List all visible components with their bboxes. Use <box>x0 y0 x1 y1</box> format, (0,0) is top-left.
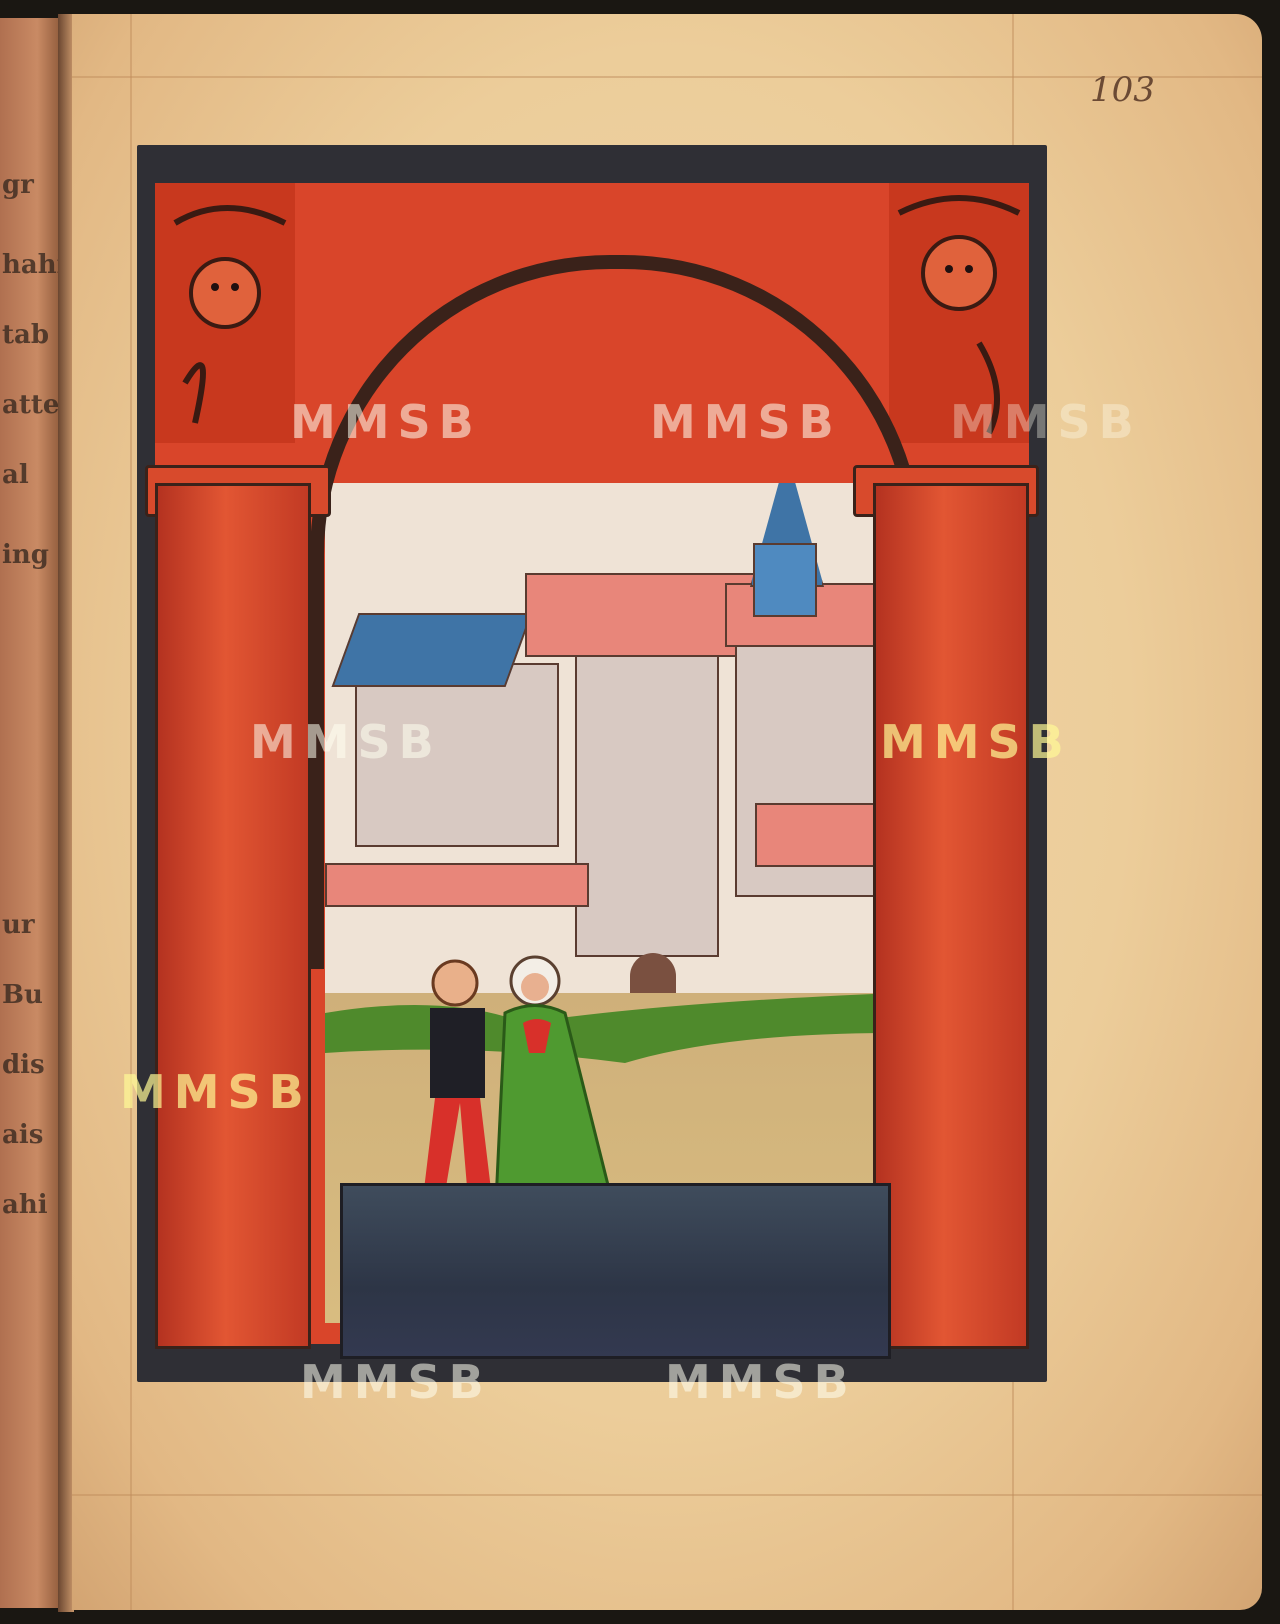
left-column <box>155 483 311 1349</box>
facing-text-line: ahi <box>2 1188 58 1222</box>
watermark: MMSB <box>290 395 482 449</box>
ruling-line <box>72 1494 1262 1496</box>
left-spandrel <box>155 183 295 443</box>
manuscript-scan: gr hahi tab atter al ing ur Bu dis ais a… <box>0 0 1280 1624</box>
grotesque-head-icon <box>155 183 295 443</box>
facing-text-line: ur <box>2 908 58 942</box>
watermark: MMSB <box>250 715 442 769</box>
ruling-line <box>130 14 132 1610</box>
facing-page-edge: gr hahi tab atter al ing ur Bu dis ais a… <box>0 18 62 1608</box>
stone-step <box>340 1183 891 1359</box>
right-column <box>873 483 1029 1349</box>
arch-molding <box>310 255 923 969</box>
watermark: MMSB <box>300 1355 492 1409</box>
facing-text-line: dis <box>2 1048 58 1082</box>
facing-text-line: gr <box>2 168 58 202</box>
facing-text-line: Bu <box>2 978 58 1012</box>
watermark: MMSB <box>120 1065 312 1119</box>
watermark: MMSB <box>950 395 1142 449</box>
facing-text-line: hahi <box>2 248 58 282</box>
facing-text-line: ais <box>2 1118 58 1152</box>
watermark: MMSB <box>665 1355 857 1409</box>
facing-text-line: ing <box>2 538 58 572</box>
facing-text-line: tab <box>2 318 58 352</box>
folio-number: 103 <box>1090 70 1155 110</box>
facing-text-line: atter <box>2 388 58 422</box>
watermark: MMSB <box>880 715 1072 769</box>
ruling-line <box>72 76 1262 78</box>
watermark: MMSB <box>650 395 842 449</box>
facing-text-line: al <box>2 458 58 492</box>
